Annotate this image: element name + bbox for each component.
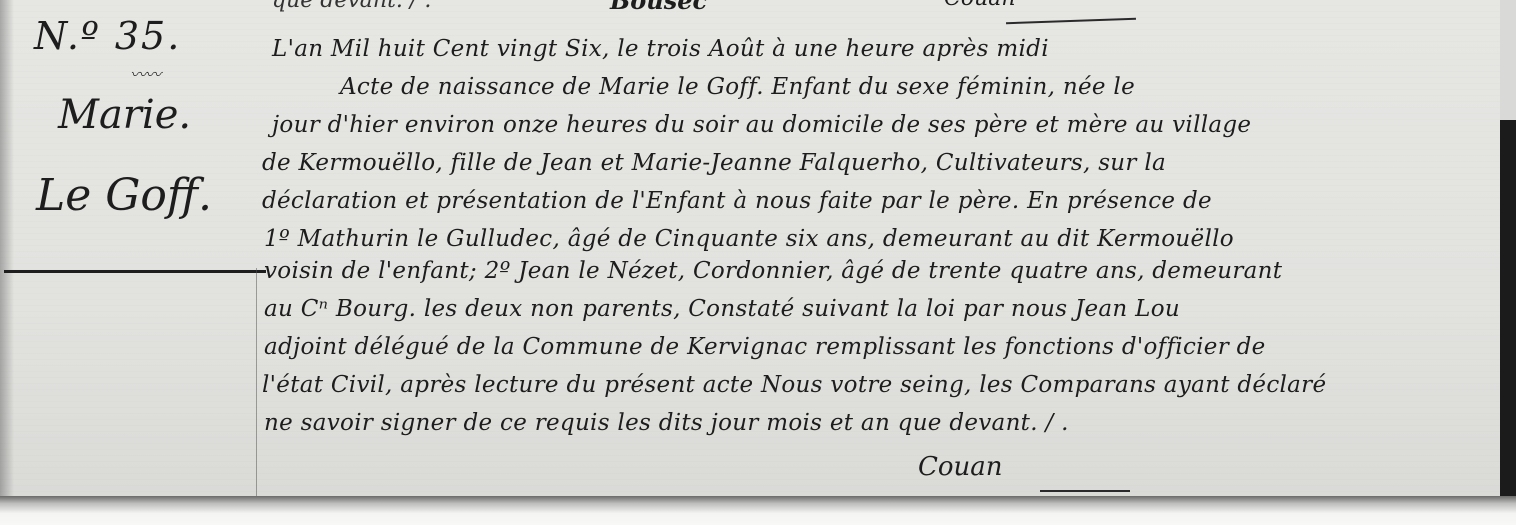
- page-bottom-edge: [0, 496, 1516, 525]
- body-line-3: jour d'hier environ onze heures du soir …: [272, 112, 1251, 138]
- decorative-squiggle: 〰〰: [130, 62, 160, 85]
- officer-signature: Couan: [918, 452, 1003, 482]
- margin-given-name: Marie.: [58, 92, 191, 138]
- body-line-9: adjoint délégué de la Commune de Kervign…: [264, 334, 1266, 360]
- page-edge-shadow: [1500, 120, 1516, 520]
- previous-entry-signature-1: Bousec: [610, 0, 707, 15]
- margin-separator-rule: [4, 270, 266, 273]
- previous-entry-signature-2: Couan: [944, 0, 1016, 11]
- signature-underline: [1040, 490, 1130, 492]
- body-line-7: voisin de l'enfant; 2º Jean le Nézet, Co…: [264, 258, 1282, 284]
- margin-surname: Le Goff.: [36, 170, 212, 221]
- signature-flourish: [1006, 18, 1136, 25]
- body-line-4: de Kermouëllo, fille de Jean et Marie-Je…: [262, 150, 1166, 176]
- body-line-8: au Cⁿ Bourg. les deux non parents, Const…: [264, 296, 1180, 322]
- body-line-11: ne savoir signer de ce requis les dits j…: [264, 410, 1069, 436]
- body-line-1: L'an Mil huit Cent vingt Six, le trois A…: [272, 36, 1049, 62]
- entry-number: N.º 35.: [34, 14, 181, 58]
- body-line-2: Acte de naissance de Marie le Goff. Enfa…: [340, 74, 1135, 100]
- page-gutter-shadow: [0, 0, 14, 500]
- body-line-6: 1º Mathurin le Gulludec, âgé de Cinquant…: [264, 226, 1234, 252]
- register-page: que devant. / . Bousec Couan N.º 35. 〰〰 …: [0, 0, 1500, 500]
- margin-vertical-rule: [256, 268, 257, 500]
- body-line-5: déclaration et présentation de l'Enfant …: [262, 188, 1212, 214]
- previous-entry-fragment: que devant. / .: [272, 0, 431, 13]
- body-line-10: l'état Civil, après lecture du présent a…: [262, 372, 1326, 398]
